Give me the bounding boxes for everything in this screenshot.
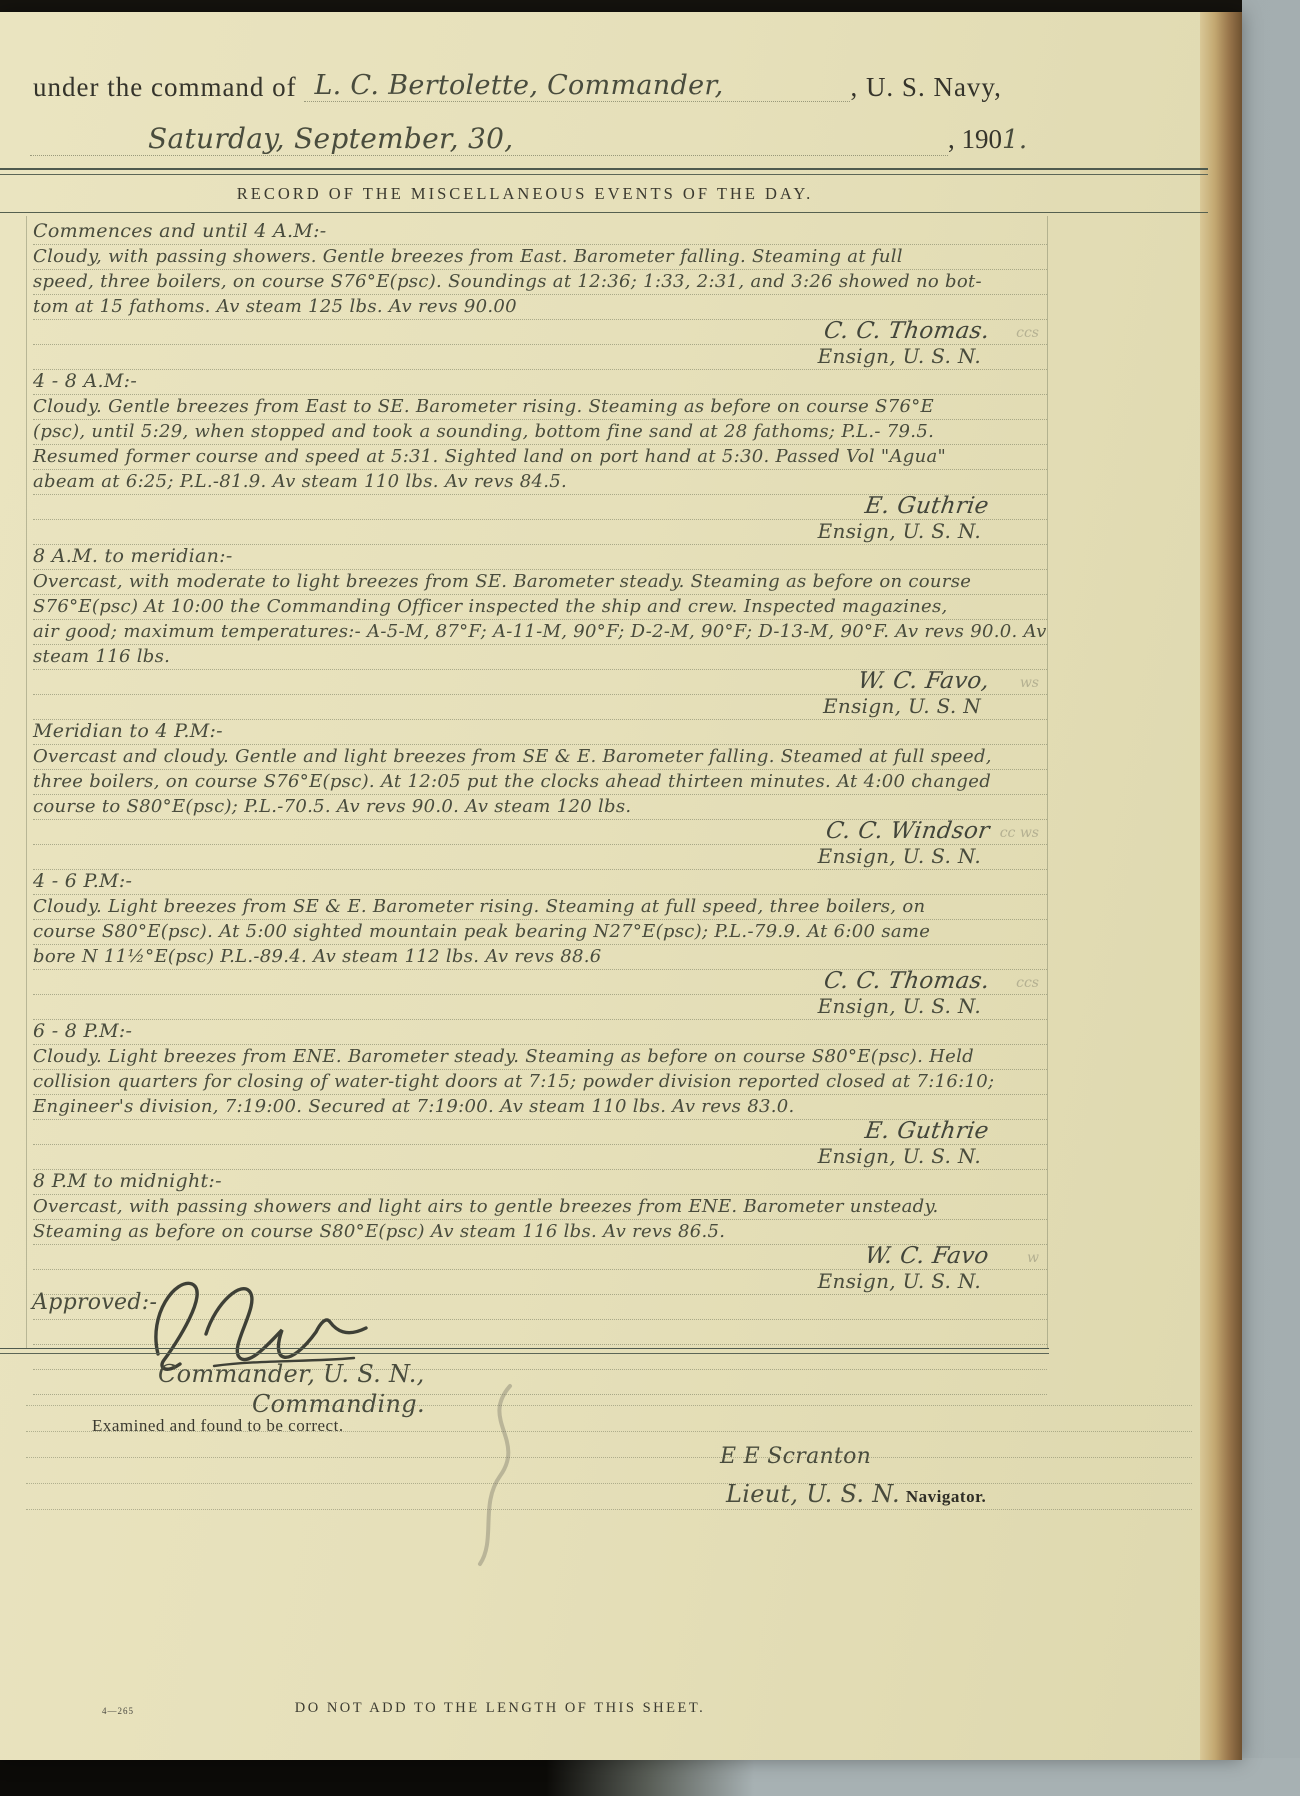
entry-line: Overcast and cloudy. Gentle and light br… [33, 745, 1047, 770]
photographed-logbook-scene: under the command of L. C. Bertolette, C… [0, 0, 1300, 1796]
entry-line: Cloudy. Light breezes from SE & E. Barom… [33, 895, 1047, 920]
watch-officer-rank: Ensign, U. S. N. [818, 519, 981, 543]
blank-ruled-line [26, 1456, 1192, 1458]
rank-row: Ensign, U. S. N [33, 695, 1047, 720]
signature-row: W. C. Favo,ws [33, 670, 1047, 695]
watch-officer-signature: W. C. Favo [864, 1245, 991, 1268]
log-entry-8am-to-meridian: 8 A.M. to meridian:- Overcast, with mode… [33, 545, 1047, 720]
entry-line: course to S80°E(psc); P.L.-70.5. Av revs… [33, 795, 1047, 820]
entry-line: steam 116 lbs. [33, 645, 1047, 670]
year-printed: , 190 [948, 124, 1002, 154]
entry-line: (psc), until 5:29, when stopped and took… [33, 420, 1047, 445]
events-record-box: Commences and until 4 A.M:- Cloudy, with… [26, 216, 1048, 1348]
watch-officer-signature: C. C. Windsor [824, 820, 991, 843]
watch-officer-signature: E. Guthrie [864, 1120, 991, 1143]
watch-officer-rank: Ensign, U. S. N. [818, 844, 981, 868]
entry-line: Overcast, with moderate to light breezes… [33, 570, 1047, 595]
logbook-page: under the command of L. C. Bertolette, C… [0, 12, 1242, 1760]
entry-heading: 6 - 8 P.M:- [33, 1020, 1047, 1045]
blank-ruled-line [26, 1508, 1192, 1510]
page-right-edge [1200, 12, 1242, 1760]
log-entry-6pm-to-8pm: 6 - 8 P.M:- Cloudy. Light breezes from E… [33, 1020, 1047, 1170]
signature-row: C. C. Thomas.ccs [33, 320, 1047, 345]
log-entry-4am-to-8am: 4 - 8 A.M:- Cloudy. Gentle breezes from … [33, 370, 1047, 545]
navigator-signature: E E Scranton [720, 1444, 871, 1469]
rank-row: Ensign, U. S. N. [33, 1145, 1047, 1170]
entry-line: course S80°E(psc). At 5:00 sighted mount… [33, 920, 1047, 945]
signature-row: C. C. Windsorcc ws [33, 820, 1047, 845]
log-entry-meridian-to-4pm: Meridian to 4 P.M:- Overcast and cloudy.… [33, 720, 1047, 870]
entry-line: three boilers, on course S76°E(psc). At … [33, 770, 1047, 795]
entry-line: speed, three boilers, on course S76°E(ps… [33, 270, 1047, 295]
entry-line: abeam at 6:25; P.L.-81.9. Av steam 110 l… [33, 470, 1047, 495]
commander-name-fill: L. C. Bertolette, Commander, [304, 70, 850, 102]
entry-line: Overcast, with passing showers and light… [33, 1195, 1047, 1220]
entry-line: Steaming as before on course S80°E(psc) … [33, 1220, 1047, 1245]
navigator-rank-line: Lieut, U. S. N. Navigator. [726, 1480, 986, 1509]
signature-row: C. C. Thomas.ccs [33, 970, 1047, 995]
rank-row: Ensign, U. S. N. [33, 845, 1047, 870]
entry-line: collision quarters for closing of water-… [33, 1070, 1047, 1095]
blank-ruled-line [26, 1482, 1192, 1484]
watch-officer-signature: E. Guthrie [864, 495, 991, 518]
entry-heading: 4 - 6 P.M:- [33, 870, 1047, 895]
entry-line: Engineer's division, 7:19:00. Secured at… [33, 1095, 1047, 1120]
log-entry-4pm-to-6pm: 4 - 6 P.M:- Cloudy. Light breezes from S… [33, 870, 1047, 1020]
watch-officer-rank: Ensign, U. S. N. [818, 1144, 981, 1168]
signature-row: W. C. Favow [33, 1245, 1047, 1270]
entry-heading: Commences and until 4 A.M:- [33, 220, 1047, 245]
log-entry-midnight-to-4am: Commences and until 4 A.M:- Cloudy, with… [33, 220, 1047, 370]
footer-notice: DO NOT ADD TO THE LENGTH OF THIS SHEET. [0, 1700, 1000, 1717]
pencil-initials: cc ws [1000, 822, 1039, 845]
title-rule [0, 212, 1208, 215]
command-line-suffix: , U. S. Navy, [850, 72, 1002, 102]
entry-line: air good; maximum temperatures:- A-5-M, … [33, 620, 1047, 645]
book-bottom-edge [0, 1758, 1300, 1796]
command-line: under the command of L. C. Bertolette, C… [33, 72, 1193, 104]
pencil-scribble [440, 1380, 560, 1570]
rank-row: Ensign, U. S. N. [33, 995, 1047, 1020]
watch-officer-rank: Ensign, U. S. N. [818, 344, 981, 368]
navigator-rank: Lieut, U. S. N. [726, 1480, 900, 1508]
command-line-prefix: under the command of [33, 72, 297, 102]
navigator-printed-label: Navigator. [906, 1487, 986, 1506]
pencil-initials: ccs [1016, 322, 1039, 345]
bottom-double-rule [0, 1348, 1049, 1354]
watch-officer-rank: Ensign, U. S. N. [818, 1269, 981, 1293]
year-handwritten: 1. [1002, 125, 1027, 155]
watch-officer-rank: Ensign, U. S. N [823, 694, 981, 718]
rank-row: Ensign, U. S. N. [33, 520, 1047, 545]
date-line: Saturday, September, 30,, 1901. [30, 122, 1190, 156]
pencil-initials: ccs [1016, 972, 1039, 995]
pencil-initials: ws [1020, 672, 1039, 695]
watch-officer-signature: C. C. Thomas. [822, 320, 991, 343]
examined-note: Examined and found to be correct. [92, 1416, 344, 1436]
signature-row: E. Guthrie [33, 495, 1047, 520]
entry-line: tom at 15 fathoms. Av steam 125 lbs. Av … [33, 295, 1047, 320]
entry-heading: Meridian to 4 P.M:- [33, 720, 1047, 745]
entry-heading: 8 A.M. to meridian:- [33, 545, 1047, 570]
commander-rank-line: Commander, U. S. N., [158, 1360, 425, 1388]
entry-line: S76°E(psc) At 10:00 the Commanding Offic… [33, 595, 1047, 620]
entry-line: Cloudy. Gentle breezes from East to SE. … [33, 395, 1047, 420]
watch-officer-rank: Ensign, U. S. N. [818, 994, 981, 1018]
date-fill: Saturday, September, 30, [30, 122, 948, 156]
section-title: RECORD OF THE MISCELLANEOUS EVENTS OF TH… [0, 184, 1050, 204]
entry-line: Resumed former course and speed at 5:31.… [33, 445, 1047, 470]
entry-heading: 4 - 8 A.M:- [33, 370, 1047, 395]
entry-line: bore N 11½°E(psc) P.L.-89.4. Av steam 11… [33, 945, 1047, 970]
header-double-rule [0, 168, 1208, 175]
watch-officer-signature: C. C. Thomas. [822, 970, 991, 993]
entry-heading: 8 P.M to midnight:- [33, 1170, 1047, 1195]
watch-officer-signature: W. C. Favo, [856, 670, 990, 693]
blank-ruled-line [26, 1404, 1192, 1406]
entry-line: Cloudy, with passing showers. Gentle bre… [33, 245, 1047, 270]
signature-row: E. Guthrie [33, 1120, 1047, 1145]
rank-row: Ensign, U. S. N. [33, 345, 1047, 370]
entry-line: Cloudy. Light breezes from ENE. Baromete… [33, 1045, 1047, 1070]
pencil-initials: w [1027, 1247, 1039, 1270]
